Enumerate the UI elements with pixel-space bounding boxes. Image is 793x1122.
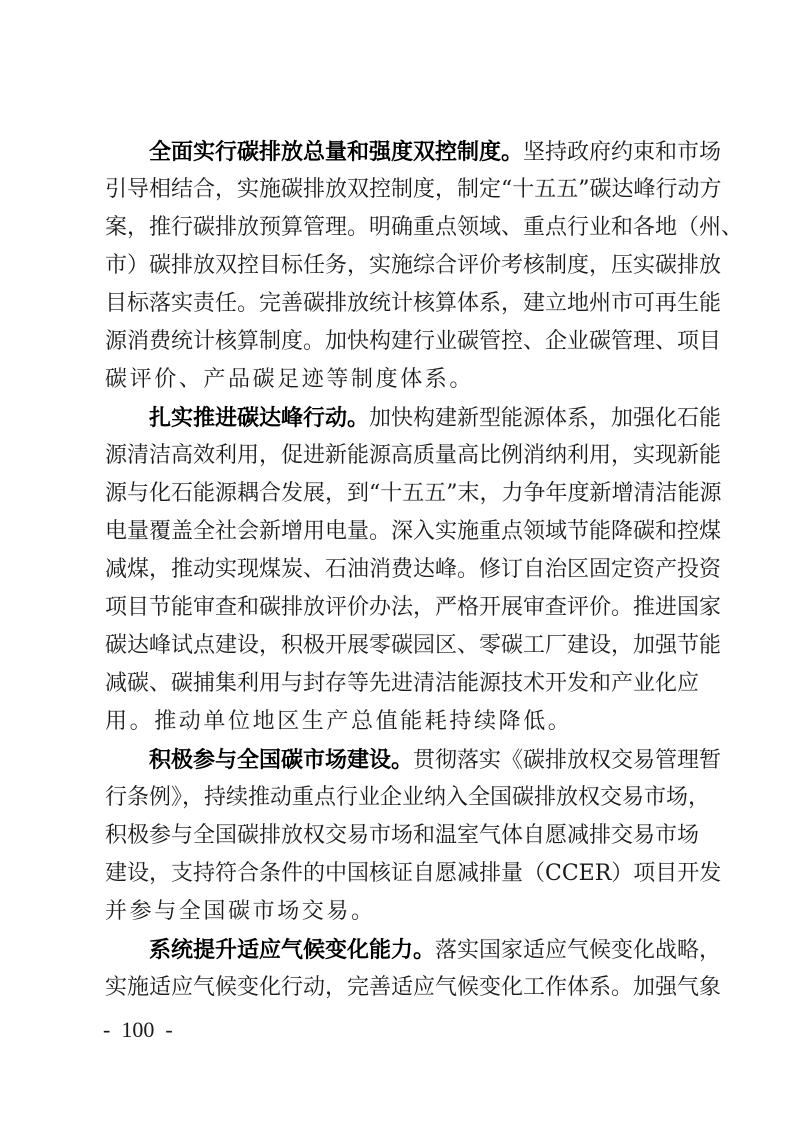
page-number: - 100 - [103, 1016, 173, 1044]
text-run: 贯彻落实《碳排放权交易管理暂 [413, 748, 721, 773]
text-line: 源与化石能源耦合发展，到“十五五”末，力争年度新增清洁能源 [105, 475, 688, 513]
text-line: 减碳、碳捕集利用与封存等先进清洁能源技术开发和产业化应 [105, 665, 688, 703]
paragraph-heading: 系统提升适应气候变化能力。 [149, 937, 435, 963]
text-line: 目标落实责任。完善碳排放统计核算体系，建立地州市可再生能 [105, 285, 688, 323]
paragraph-carbon-peak: 扎实推进碳达峰行动。加快构建新型能源体系，加强化石能 源清洁高效利用，促进新能源… [105, 399, 688, 741]
text-line: 项目节能审查和碳排放评价办法，严格开展审查评价。推进国家 [105, 589, 688, 627]
text-line: 实施适应气候变化行动，完善适应气候变化工作体系。加强气象 [105, 969, 688, 1007]
text-line: 碳达峰试点建设，积极开展零碳园区、零碳工厂建设，加强节能 [105, 627, 688, 665]
text-line: 行条例》，持续推动重点行业企业纳入全国碳排放权交易市场， [105, 779, 688, 817]
text-line: 系统提升适应气候变化能力。落实国家适应气候变化战略， [105, 931, 688, 969]
document-page: 全面实行碳排放总量和强度双控制度。坚持政府约束和市场 引导相结合，实施碳排放双控… [0, 0, 793, 1122]
paragraph-climate-adaptation: 系统提升适应气候变化能力。落实国家适应气候变化战略， 实施适应气候变化行动，完善… [105, 931, 688, 1007]
text-line: 碳评价、产品碳足迹等制度体系。 [105, 361, 688, 399]
text-line: 全面实行碳排放总量和强度双控制度。坚持政府约束和市场 [105, 133, 688, 171]
text-line: 并参与全国碳市场交易。 [105, 893, 688, 931]
text-line: 案，推行碳排放预算管理。明确重点领域、重点行业和各地（州、 [105, 209, 688, 247]
paragraph-carbon-market: 积极参与全国碳市场建设。贯彻落实《碳排放权交易管理暂 行条例》，持续推动重点行业… [105, 741, 688, 931]
text-line: 减煤，推动实现煤炭、石油消费达峰。修订自治区固定资产投资 [105, 551, 688, 589]
text-line: 引导相结合，实施碳排放双控制度，制定“十五五”碳达峰行动方 [105, 171, 688, 209]
text-line: 用。推动单位地区生产总值能耗持续降低。 [105, 703, 688, 741]
body-text: 全面实行碳排放总量和强度双控制度。坚持政府约束和市场 引导相结合，实施碳排放双控… [105, 133, 688, 1007]
text-line: 积极参与全国碳排放权交易市场和温室气体自愿减排交易市场 [105, 817, 688, 855]
text-line: 源消费统计核算制度。加快构建行业碳管控、企业碳管理、项目 [105, 323, 688, 361]
paragraph-heading: 全面实行碳排放总量和强度双控制度。 [149, 139, 523, 165]
text-line: 市）碳排放双控目标任务，实施综合评价考核制度，压实碳排放 [105, 247, 688, 285]
paragraph-dual-control: 全面实行碳排放总量和强度双控制度。坚持政府约束和市场 引导相结合，实施碳排放双控… [105, 133, 688, 399]
paragraph-heading: 扎实推进碳达峰行动。 [149, 405, 369, 431]
text-run: 落实国家适应气候变化战略， [435, 938, 721, 963]
text-line: 电量覆盖全社会新增用电量。深入实施重点领域节能降碳和控煤 [105, 513, 688, 551]
text-line: 源清洁高效利用，促进新能源高质量高比例消纳利用，实现新能 [105, 437, 688, 475]
text-line: 积极参与全国碳市场建设。贯彻落实《碳排放权交易管理暂 [105, 741, 688, 779]
text-run: 加快构建新型能源体系，加强化石能 [369, 406, 721, 431]
text-line: 扎实推进碳达峰行动。加快构建新型能源体系，加强化石能 [105, 399, 688, 437]
text-run: 坚持政府约束和市场 [523, 140, 721, 165]
paragraph-heading: 积极参与全国碳市场建设。 [149, 747, 413, 773]
text-line: 建设，支持符合条件的中国核证自愿减排量（CCER）项目开发 [105, 855, 688, 893]
